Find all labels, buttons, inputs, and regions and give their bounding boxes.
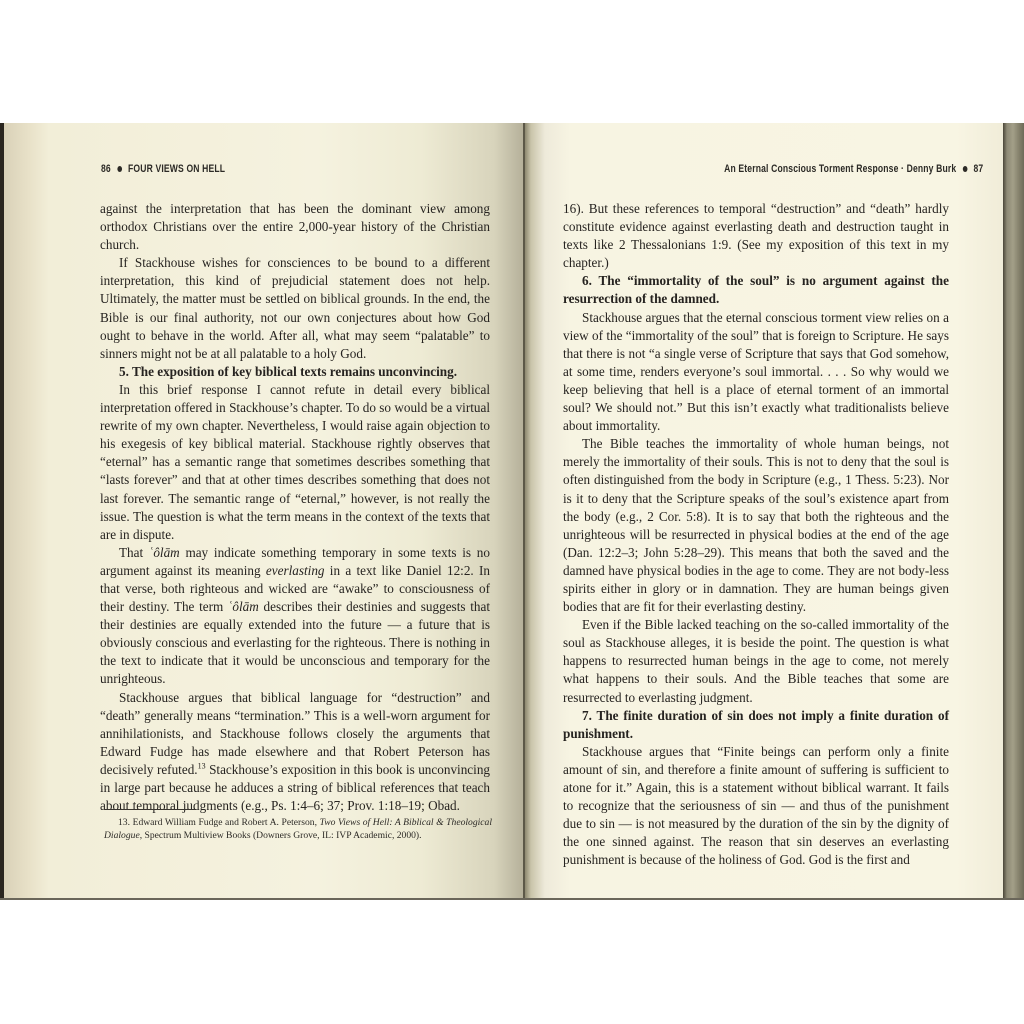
text-span: That [119,545,149,560]
paragraph: If Stackhouse wishes for consciences to … [100,254,490,363]
page-number-left: 86 [101,163,111,175]
footnote-13: 13. Edward William Fudge and Robert A. P… [104,816,492,842]
running-head-left: 86FOUR VIEWS ON HELL [101,163,225,175]
right-text-column: 16). But these references to temporal “d… [563,200,949,869]
paragraph: Stackhouse argues that biblical language… [100,689,490,816]
footnote-rule [104,809,196,810]
book-bottom-edge [0,898,1024,900]
running-head-right: An Eternal Conscious Torment Response · … [724,163,983,175]
footnote-reference[interactable]: 13 [198,762,206,771]
italic-term: everlasting [266,563,325,578]
footnote-number: 13. [118,817,130,828]
running-head-title: FOUR VIEWS ON HELL [128,163,225,175]
section-heading-6: 6. The “immortality of the soul” is no a… [563,272,949,308]
section-heading-5: 5. The exposition of key biblical texts … [100,363,490,381]
left-text-column: against the interpretation that has been… [100,200,490,815]
italic-term: ʿôlām [149,545,180,560]
paragraph: That ʿôlām may indicate something tempor… [100,544,490,689]
left-page: 86FOUR VIEWS ON HELL against the interpr… [4,123,525,900]
paragraph: Stackhouse argues that “Finite beings ca… [563,743,949,870]
footnote-authors: Edward William Fudge and Robert A. Peter… [133,817,317,828]
footnote-publication: , Spectrum Multiview Books (Downers Grov… [140,830,422,841]
paragraph: 16). But these references to temporal “d… [563,200,949,272]
paragraph: Even if the Bible lacked teaching on the… [563,616,949,706]
section-heading-7: 7. The finite duration of sin does not i… [563,707,949,743]
bullet-dot-icon [962,166,967,172]
paragraph: The Bible teaches the immortality of who… [563,435,949,616]
book-page-block-edge [1003,123,1024,900]
bullet-dot-icon [117,166,122,172]
italic-term: ʿôlām [228,599,259,614]
paragraph: In this brief response I cannot refute i… [100,381,490,544]
paragraph: Stackhouse argues that the eternal consc… [563,309,949,436]
running-head-title: An Eternal Conscious Torment Response · … [724,163,956,175]
page-number-right: 87 [973,163,983,175]
right-page: An Eternal Conscious Torment Response · … [525,123,1005,900]
paragraph: against the interpretation that has been… [100,200,490,254]
open-book: 86FOUR VIEWS ON HELL against the interpr… [0,123,1024,900]
